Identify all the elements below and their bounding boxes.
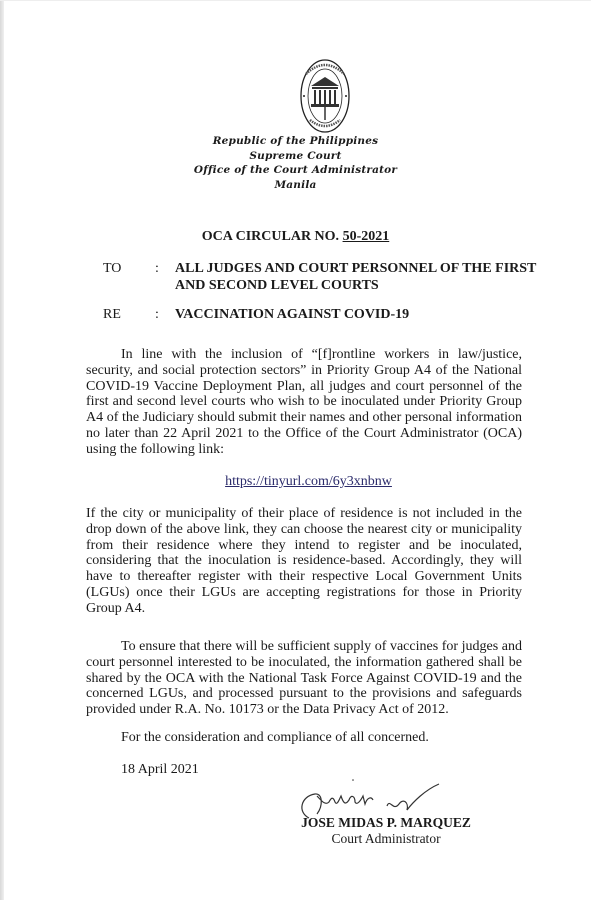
page-edge-top (0, 0, 591, 1)
memo-to-label: TO (103, 260, 121, 277)
circular-prefix: OCA CIRCULAR NO. (202, 229, 343, 244)
letterhead: Republic of the Philippines Supreme Cour… (0, 134, 591, 192)
signatory-name: JOSE MIDAS P. MARQUEZ (296, 815, 476, 831)
body-paragraph-2: If the city or municipality of their pla… (86, 506, 522, 617)
letterhead-republic: Republic of the Philippines (0, 134, 591, 149)
memo-re-colon: : (155, 306, 159, 323)
memo-to-value: ALL JUDGES AND COURT PERSONNEL OF THE FI… (175, 260, 545, 294)
registration-link[interactable]: https://tinyurl.com/6y3xnbnw (0, 474, 591, 490)
memo-re-value: VACCINATION AGAINST COVID-19 (175, 306, 545, 323)
letterhead-city: Manila (0, 178, 591, 193)
letterhead-supreme-court: Supreme Court (0, 149, 591, 164)
letterhead-oca: Office of the Court Administrator (0, 163, 591, 178)
body-paragraph-4: For the consideration and compliance of … (86, 730, 522, 746)
memo-re-label: RE (103, 306, 121, 323)
body-paragraph-1: In line with the inclusion of “[f]rontli… (86, 347, 522, 458)
oca-seal-icon (276, 58, 374, 134)
body-paragraph-3: To ensure that there will be sufficient … (86, 639, 522, 718)
signatory-title: Court Administrator (296, 831, 476, 847)
memo-to-colon: : (155, 260, 159, 277)
circular-number: 50-2021 (343, 229, 390, 244)
document-date: 18 April 2021 (121, 762, 199, 778)
circular-title: OCA CIRCULAR NO. 50-2021 (0, 229, 591, 245)
